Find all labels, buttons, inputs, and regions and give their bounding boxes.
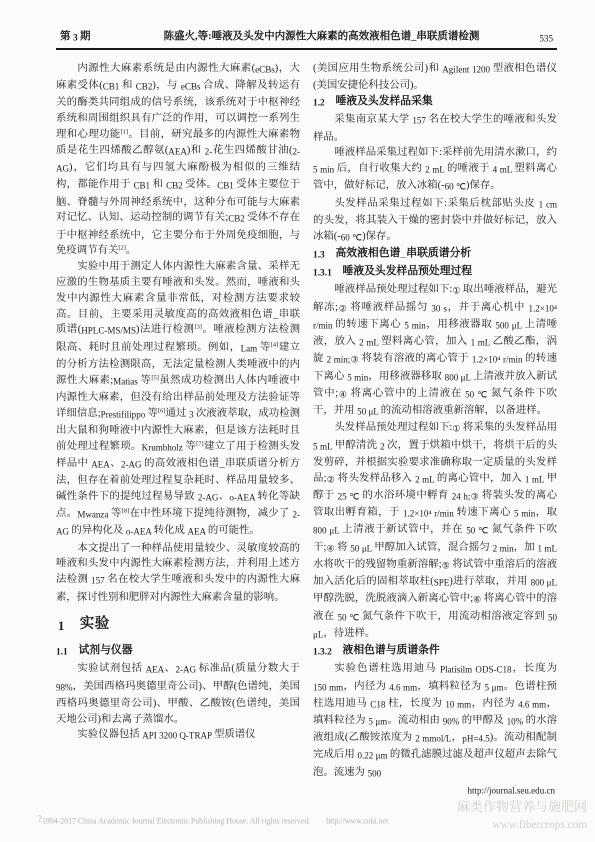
section-heading: 1.1 试剂与仪器: [56, 643, 300, 661]
section-heading: 1 实验: [58, 615, 300, 635]
running-header: 第 3 期 陈盛火,等:唾液及头发中内源性大麻素的高效液相色谱_串联质谱检测 5…: [56, 28, 557, 48]
right-column: (美国应用生物系统公司)和 Agilent 1200 型液相色谱仪(美国安捷伦科…: [313, 61, 557, 813]
cnki-url: http://www.cnki.net: [326, 814, 388, 824]
left-column: 内源性大麻素系统是由内源性大麻素(eCBs)，大麻素受体(CB1 和 CB2)，…: [56, 61, 300, 813]
section-heading: 1.2 唾液及头发样品采集: [313, 94, 557, 112]
paragraph: (美国应用生物系统公司)和 Agilent 1200 型液相色谱仪(美国安捷伦科…: [313, 61, 557, 94]
paragraph: 采集南京某大学 157 名在校大学生的唾液和头发样品。: [313, 112, 557, 145]
paragraph: 头发样品预处理过程如下:① 将采集的头发样品用 5 mL 甲醇清洗 2 次，置于…: [313, 420, 557, 643]
copyright-text: ?1994-2017 China Academic Journal Electr…: [38, 814, 310, 824]
journal-issue: 第 3 期: [60, 28, 132, 43]
running-title: 陈盛火,等:唾液及头发中内源性大麻素的高效液相色谱_串联质谱检测: [132, 28, 511, 43]
section-heading: 1.3.1 唾液及头发样品预处理过程: [313, 264, 557, 282]
copyright-footer: ?1994-2017 China Academic Journal Electr…: [38, 814, 388, 825]
paragraph: 头发样品采集过程如下:采集后枕部贴头皮 1 cm 的头发，将其装入干燥的密封袋中…: [313, 196, 557, 246]
watermark-line-url: www.fibercrops.com: [457, 814, 587, 833]
page-body: 第 3 期 陈盛火,等:唾液及头发中内源性大麻素的高效液相色谱_串联质谱检测 5…: [0, 0, 595, 813]
paragraph: 本文提出了一种样品使用量较少、灵敏度较高的唾液和头发中内源性大麻素检测方法，并利…: [56, 541, 300, 606]
paragraph: 内源性大麻素系统是由内源性大麻素(eCBs)，大麻素受体(CB1 和 CB2)，…: [56, 61, 300, 259]
header-rule: [56, 48, 557, 50]
paragraph: 实验中用于测定人体内源性大麻素含量、采样无应激的生物基质主要有唾液和头发。然而，…: [56, 259, 300, 540]
site-watermark: 麻类作物营养与施肥网 www.fibercrops.com: [457, 799, 587, 833]
watermark-line-cn: 麻类作物营养与施肥网: [457, 799, 587, 814]
paragraph: 实验试剂包括 AEA、2-AG 标准品(质量分数大于 98%，美国西格玛奥德里奇…: [56, 661, 300, 727]
paragraph: 唾液样品采集过程如下:采样前先用清水漱口，约 5 min 后，自行收集大约 2 …: [313, 145, 557, 195]
scanned-paper-page: { "header": { "issue": "第 3 期", "running…: [0, 0, 595, 842]
section-heading: 1.3 高效液相色谱_串联质谱分析: [313, 246, 557, 264]
section-heading: 1.3.2 液相色谱与质谱条件: [313, 643, 557, 661]
two-column-text: 内源性大麻素系统是由内源性大麻素(eCBs)，大麻素受体(CB1 和 CB2)，…: [56, 61, 557, 813]
paragraph: 唾液样品预处理过程如下:① 取出唾液样品，避光解冻;② 将唾液样品摇匀 30 s…: [313, 282, 557, 420]
paragraph: 实验色谱柱选用迪马 Platisilm ODS-C18，长度为 150 mm，内…: [313, 661, 557, 782]
journal-url: http://journal.seu.edu.cn: [313, 782, 557, 799]
page-number: 535: [511, 32, 553, 43]
paragraph: 实验仪器包括 API 3200 Q-TRAP 型质谱仪: [56, 727, 300, 744]
